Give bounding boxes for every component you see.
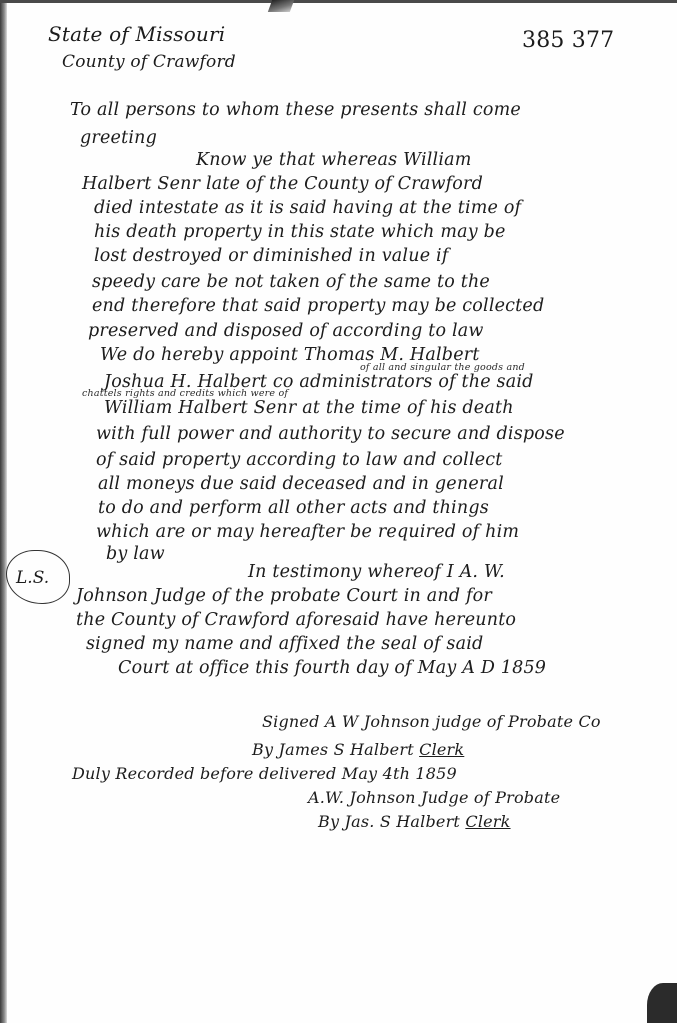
body-line-4: Halbert Senr late of the County of Crawf…: [82, 174, 483, 194]
page-numbers: 385 377: [522, 28, 614, 53]
body-line-2: greeting: [80, 128, 157, 148]
header-state: State of Missouri: [48, 22, 225, 46]
clerk-1-title: Clerk: [419, 740, 464, 759]
scan-top-edge: [0, 0, 677, 3]
body-line-16: all moneys due said deceased and in gene…: [98, 474, 504, 494]
body-line-8: speedy care be not taken of the same to …: [92, 272, 490, 292]
body-line-5: died intestate as it is said having at t…: [94, 198, 521, 218]
judge-line: A.W. Johnson Judge of Probate: [308, 788, 560, 807]
body-line-9: end therefore that said property may be …: [92, 296, 544, 316]
body-line-7: lost destroyed or diminished in value if: [94, 246, 449, 266]
body-line-1: To all persons to whom these presents sh…: [70, 100, 521, 120]
scan-left-edge: [0, 0, 7, 1023]
body-line-10: preserved and disposed of according to l…: [88, 321, 484, 341]
clerk-2-name: By Jas. S Halbert: [318, 812, 460, 831]
testimony-line-2: Johnson Judge of the probate Court in an…: [76, 586, 492, 606]
clerk-line-2: By Jas. S Halbert Clerk: [318, 812, 511, 831]
court-seal-ls: L.S.: [16, 568, 49, 588]
testimony-line-5: Court at office this fourth day of May A…: [118, 658, 546, 678]
header-county: County of Crawford: [62, 52, 236, 72]
body-line-6: his death property in this state which m…: [94, 222, 506, 242]
body-line-3: Know ye that whereas William: [196, 150, 472, 170]
clerk-1-name: By James S Halbert: [252, 740, 414, 759]
document-page: State of Missouri County of Crawford 385…: [0, 0, 677, 1023]
body-line-19: by law: [106, 544, 165, 564]
clerk-2-title: Clerk: [465, 812, 510, 831]
testimony-line-3: the County of Crawford aforesaid have he…: [76, 610, 516, 630]
testimony-line-1: In testimony whereof I A. W.: [248, 562, 505, 582]
testimony-line-4: signed my name and affixed the seal of s…: [86, 634, 483, 654]
binding-clip-mark: [268, 0, 294, 12]
clerk-line-1: By James S Halbert Clerk: [252, 740, 464, 759]
body-line-18: which are or may hereafter be required o…: [96, 522, 519, 542]
body-line-15: of said property according to law and co…: [96, 450, 503, 470]
recorded-line: Duly Recorded before delivered May 4th 1…: [72, 764, 457, 783]
signed-line: Signed A W Johnson judge of Probate Co: [262, 712, 601, 731]
body-line-17: to do and perform all other acts and thi…: [98, 498, 489, 518]
scan-corner-shadow: [647, 983, 677, 1023]
body-line-14: with full power and authority to secure …: [96, 424, 565, 444]
body-line-13: William Halbert Senr at the time of his …: [104, 398, 514, 418]
